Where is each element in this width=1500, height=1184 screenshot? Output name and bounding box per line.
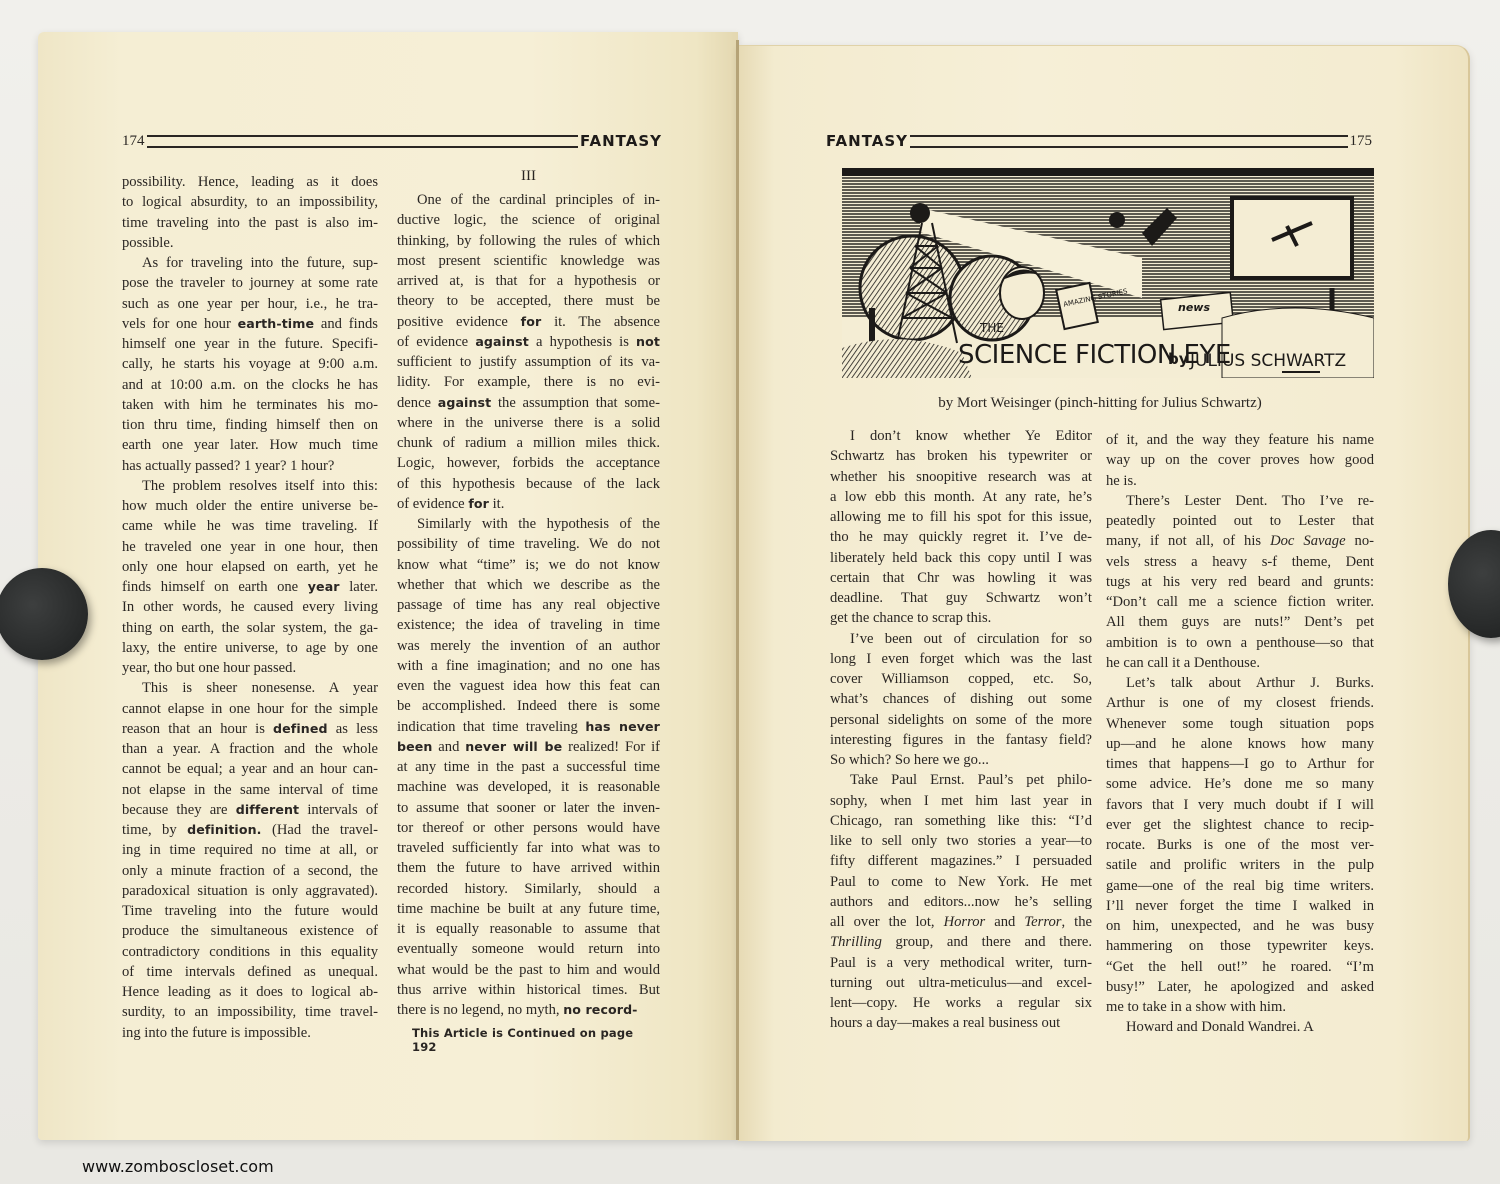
text-line: time machine be built at any future time… xyxy=(397,899,660,919)
text-line: ing in time required no time at all, or xyxy=(122,840,378,860)
text-line: certain that Chr was howling it was xyxy=(830,568,1092,588)
text-line: came while he was time traveling. If xyxy=(122,516,378,536)
text-line: of evidence against a hypothesis is not xyxy=(397,332,660,352)
left-magnet-clip xyxy=(0,568,88,660)
text-line: paradoxical situation is only aggravated… xyxy=(122,881,378,901)
text-line: contradictory conditions in this equalit… xyxy=(122,942,378,962)
text-line: earth one year later. How much time xyxy=(122,435,378,455)
text-line: There’s Lester Dent. Tho I’ve re- xyxy=(1106,491,1374,511)
text-line: thus arrive within historical times. But xyxy=(397,980,660,1000)
text-line: them the future to have arrived within xyxy=(397,858,660,878)
svg-text:news: news xyxy=(1178,301,1210,314)
text-line: Let’s talk about Arthur J. Burks. xyxy=(1106,673,1374,693)
text-line: whether his snoopitive research was at xyxy=(830,467,1092,487)
text-line: tor thereof or other persons would have xyxy=(397,818,660,838)
text-line: ductive logic, the science of original xyxy=(397,210,660,230)
text-line: tho he may quickly regret it. I’ve de- xyxy=(830,527,1092,547)
text-line: where in the universe there is a solid xyxy=(397,413,660,433)
text-line: allowing me to fill his spot for this is… xyxy=(830,507,1092,527)
watermark-url: www.zomboscloset.com xyxy=(82,1157,274,1176)
text-line: cannot be equal; a year and an hour can- xyxy=(122,759,378,779)
column-header-illustration: AMAZING STORIES news THE SCIENCE FICTION… xyxy=(842,168,1374,378)
text-line: of time intervals defined as unequal. xyxy=(122,962,378,982)
text-line: I’ve been out of circulation for so xyxy=(830,629,1092,649)
text-line: lent—copy. He works a regular six xyxy=(830,993,1092,1013)
text-line: of it, and the way they feature his name xyxy=(1106,430,1374,450)
text-line: on him, unexpected, and he was busy xyxy=(1106,916,1374,936)
text-line: how much older the entire universe be- xyxy=(122,496,378,516)
text-line: Hence leading as it does to logical ab- xyxy=(122,982,378,1002)
text-line: most present scientific knowledge was xyxy=(397,251,660,271)
text-line: like to sell only two stories a year—to xyxy=(830,831,1092,851)
text-line: vels stress a heavy s-f theme, Dent xyxy=(1106,552,1374,572)
text-line: a low ebb this month. At any rate, he’s xyxy=(830,487,1092,507)
text-line: chunk of radium a million miles thick. xyxy=(397,433,660,453)
text-line: only one hour elapsed on earth, yet he xyxy=(122,557,378,577)
text-line: Thrilling group, and there and there. xyxy=(830,932,1092,952)
text-line: possibility of time traveling. We do not xyxy=(397,534,660,554)
text-line: laxy, the entire universe, to age by one xyxy=(122,638,378,658)
text-line: cannot elapse in one hour for the simple xyxy=(122,699,378,719)
text-line: of this hypothesis because of the lack xyxy=(397,474,660,494)
text-line: theory to be accepted, there must be xyxy=(397,291,660,311)
text-line: existence; the idea of traveling in time xyxy=(397,615,660,635)
amazing-stories-magazine xyxy=(1056,283,1098,329)
text-line: up—and he alone knows how many xyxy=(1106,734,1374,754)
text-line: himself one year in the future. Specifi- xyxy=(122,334,378,354)
text-line: rocate. Burks is one of the most ver- xyxy=(1106,835,1374,855)
text-line: Similarly with the hypothesis of the xyxy=(397,514,660,534)
text-line: So which? So here we go... xyxy=(830,750,1092,770)
text-line: whether that which we describe as the xyxy=(397,575,660,595)
text-line: he is. xyxy=(1106,471,1374,491)
text-line: I don’t know whether Ye Editor xyxy=(830,426,1092,446)
text-line: produce the simultaneous existence of xyxy=(122,921,378,941)
right-running-head: FANTASY 175 xyxy=(826,132,1372,150)
text-line: times that happens—I go to Arthur for xyxy=(1106,754,1374,774)
text-line: pose the traveler to journey at some rat… xyxy=(122,273,378,293)
text-line: Paul to come to New York. He met xyxy=(830,872,1092,892)
text-line: has actually passed? 1 year? 1 hour? xyxy=(122,456,378,476)
text-line: what would be the past to him and would xyxy=(397,960,660,980)
text-line: turning out ultra-meticulus—and excel- xyxy=(830,973,1092,993)
header-rule xyxy=(147,135,578,148)
text-line: get the chance to scrap this. xyxy=(830,608,1092,628)
text-line: finds himself on earth one year later. xyxy=(122,577,378,597)
article-byline: by Mort Weisinger (pinch-hitting for Jul… xyxy=(820,395,1380,412)
text-line: to logical absurdity, to an impossibilit… xyxy=(122,192,378,212)
text-line: he traveled one year in one hour, then xyxy=(122,537,378,557)
text-line: busy!” Later, he apologized and asked xyxy=(1106,977,1374,997)
text-line: it is equally reasonable to assume that xyxy=(397,919,660,939)
text-line: lidity. For example, there is no evi- xyxy=(397,372,660,392)
text-line: with a fine imagination; and no one has xyxy=(397,656,660,676)
text-line: arrived at, is that for a hypothesis or xyxy=(397,271,660,291)
text-line: long I even forget which was the last xyxy=(830,649,1092,669)
text-line: personal sidelights on some of the more xyxy=(830,710,1092,730)
text-line: Logic, however, forbids the acceptance xyxy=(397,453,660,473)
text-line: some advice. He’s done me so many xyxy=(1106,774,1374,794)
text-line: not elapse in the same interval of time xyxy=(122,780,378,800)
text-line: liberately held back this copy until I w… xyxy=(830,548,1092,568)
continuation-note: This Article is Continued on page 192 xyxy=(412,1026,652,1054)
text-line: The problem resolves itself into this: xyxy=(122,476,378,496)
text-line: ing into the future is impossible. xyxy=(122,1023,378,1043)
text-line: ever get the slightest chance to recip- xyxy=(1106,815,1374,835)
text-line: tugs at his very red beard and grunts: xyxy=(1106,572,1374,592)
text-line: to assume that sooner or later the inven… xyxy=(397,798,660,818)
text-line: vels for one hour earth-time and finds xyxy=(122,314,378,334)
text-line: “Get the hell out!” he roared. “I’m xyxy=(1106,957,1374,977)
text-line: cally, he starts his voyage at 9:00 a.m. xyxy=(122,354,378,374)
text-line: know what “time” is; we do not know xyxy=(397,555,660,575)
text-line: way up on the cover proves how good xyxy=(1106,450,1374,470)
text-line: thinking, by following the rules of whic… xyxy=(397,231,660,251)
text-line: thing on earth, the solar system, the ga… xyxy=(122,618,378,638)
banner-title-the: THE xyxy=(979,321,1004,335)
text-line: only a minute fraction of a second, the xyxy=(122,861,378,881)
text-line: what’s chances of dishing out some xyxy=(830,689,1092,709)
spine-gutter xyxy=(736,40,739,1140)
text-line: hours a day—makes a real business out xyxy=(830,1013,1092,1033)
text-line: passage of time has any real objective xyxy=(397,595,660,615)
text-line: Time traveling into the future would xyxy=(122,901,378,921)
section-number: III xyxy=(397,168,660,185)
text-line: This is sheer nonesense. A year xyxy=(122,678,378,698)
text-line: In other words, he caused every living xyxy=(122,597,378,617)
text-line: One of the cardinal principles of in- xyxy=(397,190,660,210)
text-line: interesting figures in the fantasy field… xyxy=(830,730,1092,750)
text-line: be accomplished. Indeed there is some xyxy=(397,696,660,716)
text-line: because they are different intervals of xyxy=(122,800,378,820)
text-line: than a year. A fraction and the whole xyxy=(122,739,378,759)
text-line: traveled sufficiently far into what was … xyxy=(397,838,660,858)
magazine-title-right: FANTASY xyxy=(826,132,908,150)
banner-by: by xyxy=(1168,350,1189,368)
banner-author: JULIUS SCHWARTZ xyxy=(1189,351,1346,371)
text-line: me to take in a show with him. xyxy=(1106,997,1374,1017)
text-line: tion thru time, finding himself then on xyxy=(122,415,378,435)
text-line: even the vaguest idea how this feat can xyxy=(397,676,660,696)
text-line: there is no legend, no myth, no record- xyxy=(397,1000,660,1020)
text-line: As for traveling into the future, sup- xyxy=(122,253,378,273)
text-line: surdity, to an impossibility, time trave… xyxy=(122,1002,378,1022)
text-line: favors that I very much doubt if I will xyxy=(1106,795,1374,815)
text-line: satile and prolific writers in the pulp xyxy=(1106,855,1374,875)
text-line: Paul is a very methodical writer, turn- xyxy=(830,953,1092,973)
text-line: eventually someone would return into xyxy=(397,939,660,959)
text-line: dence against the assumption that some- xyxy=(397,393,660,413)
text-line: Schwartz has broken his typewriter or xyxy=(830,446,1092,466)
text-line: “Don’t call me a science fiction writer. xyxy=(1106,592,1374,612)
text-line: recorded history. Similarly, should a xyxy=(397,879,660,899)
text-line: and at 10:00 a.m. on the clocks he has xyxy=(122,375,378,395)
left-page-column-2: One of the cardinal principles of in-duc… xyxy=(397,190,660,1020)
page-number-left: 174 xyxy=(122,133,145,150)
boy-figure xyxy=(1000,267,1044,319)
text-line: deadline. That guy Schwartz won’t xyxy=(830,588,1092,608)
text-line: I’ll never forget the time I walked in xyxy=(1106,896,1374,916)
left-running-head: 174 FANTASY xyxy=(122,132,662,150)
text-line: such as one year per hour, i.e., he tra- xyxy=(122,294,378,314)
text-line: All them guys are nuts!” Dent’s pet xyxy=(1106,612,1374,632)
right-page-column-1: I don’t know whether Ye EditorSchwartz h… xyxy=(830,426,1092,1034)
text-line: Chicago, ran something like this: “I’d xyxy=(830,811,1092,831)
right-page-column-2: of it, and the way they feature his name… xyxy=(1106,430,1374,1038)
text-line: sufficient to justify assumption of its … xyxy=(397,352,660,372)
text-line: machine was developed, it is reasonable xyxy=(397,777,660,797)
text-line: he can call it a Denthouse. xyxy=(1106,653,1374,673)
text-line: all over the lot, Horror and Terror, the xyxy=(830,912,1092,932)
header-rule xyxy=(910,135,1347,148)
text-line: fifty different magazines.” I persuaded xyxy=(830,851,1092,871)
text-line: game—one of the real big time writers. xyxy=(1106,876,1374,896)
left-page-column-1: possibility. Hence, leading as it doesto… xyxy=(122,172,378,1043)
text-line: been and never will be realized! For if xyxy=(397,737,660,757)
text-line: Take Paul Ernst. Paul’s pet philo- xyxy=(830,770,1092,790)
text-line: possible. xyxy=(122,233,378,253)
text-line: sophy, when I met him last year in xyxy=(830,791,1092,811)
text-line: was merely the invention of an author xyxy=(397,636,660,656)
text-line: at any time in the past a successful tim… xyxy=(397,757,660,777)
page-number-right: 175 xyxy=(1350,133,1373,150)
text-line: many, if not all, of his Doc Savage no- xyxy=(1106,531,1374,551)
text-line: indication that time traveling has never xyxy=(397,717,660,737)
text-line: of evidence for it. xyxy=(397,494,660,514)
text-line: possibility. Hence, leading as it does xyxy=(122,172,378,192)
text-line: hammering on those typewriter keys. xyxy=(1106,936,1374,956)
text-line: peatedly pointed out to Lester that xyxy=(1106,511,1374,531)
text-line: taken with him he terminates his mo- xyxy=(122,395,378,415)
text-line: authors and editors...now he’s selling xyxy=(830,892,1092,912)
text-line: cover Williamson copped, etc. So, xyxy=(830,669,1092,689)
text-line: Arthur is one of my closest friends. xyxy=(1106,693,1374,713)
text-line: time traveling into the past is also im- xyxy=(122,213,378,233)
text-line: reason that an hour is defined as less xyxy=(122,719,378,739)
text-line: Whenever some tough situation pops xyxy=(1106,714,1374,734)
text-line: positive evidence for it. The absence xyxy=(397,312,660,332)
text-line: year, tho but one hour passed. xyxy=(122,658,378,678)
magazine-title-left: FANTASY xyxy=(580,132,662,150)
text-line: time, by definition. (Had the travel- xyxy=(122,820,378,840)
text-line: Howard and Donald Wandrei. A xyxy=(1106,1017,1374,1037)
text-line: ambition is to own a penthouse—so that xyxy=(1106,633,1374,653)
